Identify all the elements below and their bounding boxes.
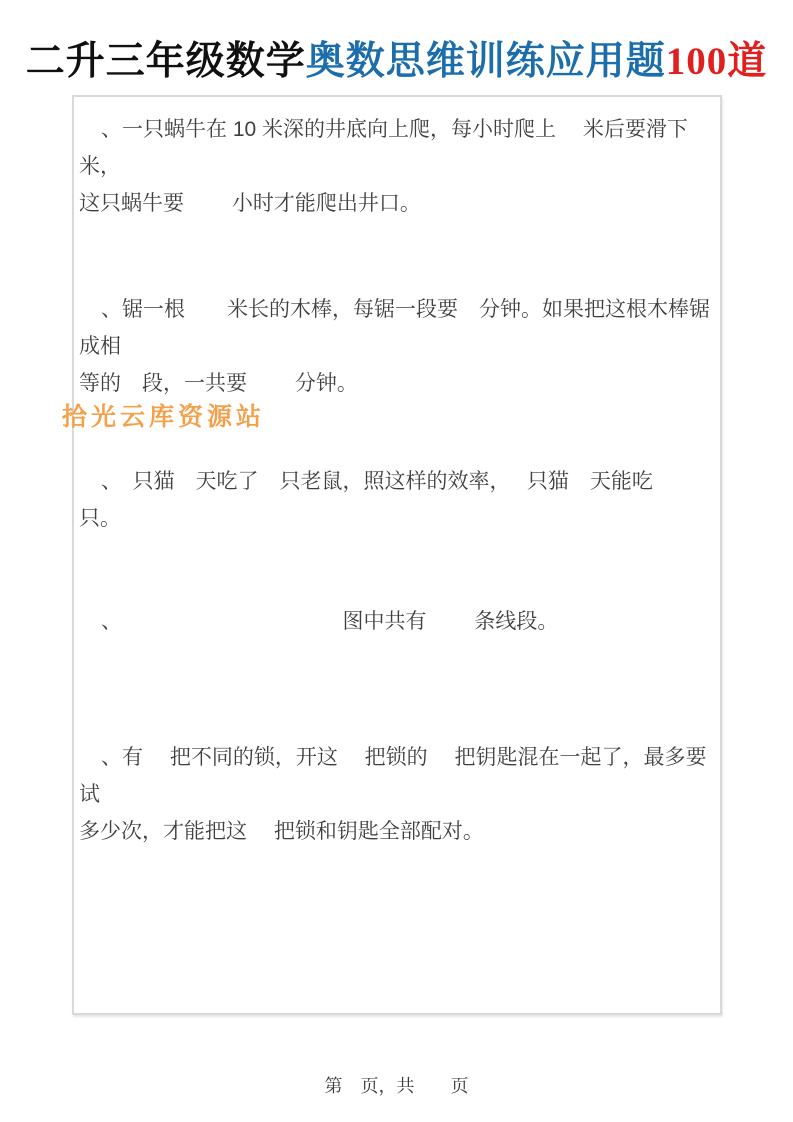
page-footer: 第 页，共 页 (0, 1072, 793, 1098)
worksheet-page: 二升三年级数学奥数思维训练应用题100道 、一只蜗牛在 10 米深的井底向上爬，… (0, 0, 793, 1122)
title-segment-grade: 二升三年级数学 (26, 40, 306, 83)
title-segment-count: 100道 (666, 40, 768, 83)
problem-text-5: 、有 把不同的锁，开这 把锁的 把钥匙混在一起了，最多要试 多少次，才能把这 把… (79, 739, 719, 850)
page-title: 二升三年级数学奥数思维训练应用题100道 (0, 30, 793, 86)
watermark: 拾光云库资源站 (62, 397, 265, 433)
worksheet-box: 、一只蜗牛在 10 米深的井底向上爬，每小时爬上 米后要滑下 米， 这只蜗牛要 … (72, 95, 722, 1015)
problem-text-1: 、一只蜗牛在 10 米深的井底向上爬，每小时爬上 米后要滑下 米， 这只蜗牛要 … (79, 111, 719, 222)
problem-text-2: 、锯一根 米长的木棒，每锯一段要 分钟。如果把这根木棒锯成相 等的 段，一共要 … (79, 291, 719, 402)
title-segment-subject: 奥数思维训练应用题 (306, 40, 666, 83)
problem-text-3: 、 只猫 天吃了 只老鼠，照这样的效率， 只猫 天能吃 只。 (79, 463, 719, 537)
problem-text-4: 、 图中共有 条线段。 (79, 603, 719, 640)
